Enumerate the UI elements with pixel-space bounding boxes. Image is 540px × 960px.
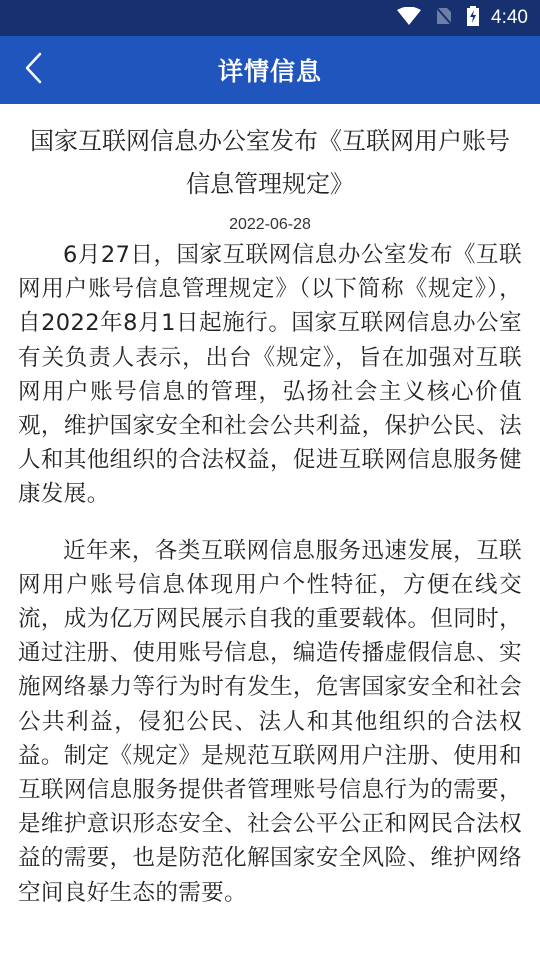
article-content: 国家互联网信息办公室发布《互联网用户账号信息管理规定》 2022-06-28 6… <box>0 120 540 910</box>
article-date: 2022-06-28 <box>18 216 522 234</box>
wifi-icon <box>397 7 421 29</box>
page-title: 详情信息 <box>218 52 322 88</box>
no-sim-icon <box>435 6 453 30</box>
article-paragraph: 近年来，各类互联网信息服务迅速发展，互联网用户账号信息体现用户个性特征，方便在线… <box>18 534 522 910</box>
status-bar: 4:40 <box>0 0 540 36</box>
article-paragraph: 6月27日，国家互联网信息办公室发布《互联网用户账号信息管理规定》（以下简称《规… <box>18 238 522 512</box>
article-title: 国家互联网信息办公室发布《互联网用户账号信息管理规定》 <box>18 120 522 206</box>
chevron-left-icon <box>24 52 44 88</box>
app-bar: 详情信息 <box>0 36 540 104</box>
status-time: 4:40 <box>491 7 528 29</box>
back-button[interactable] <box>14 50 54 90</box>
battery-charging-icon <box>467 6 479 30</box>
